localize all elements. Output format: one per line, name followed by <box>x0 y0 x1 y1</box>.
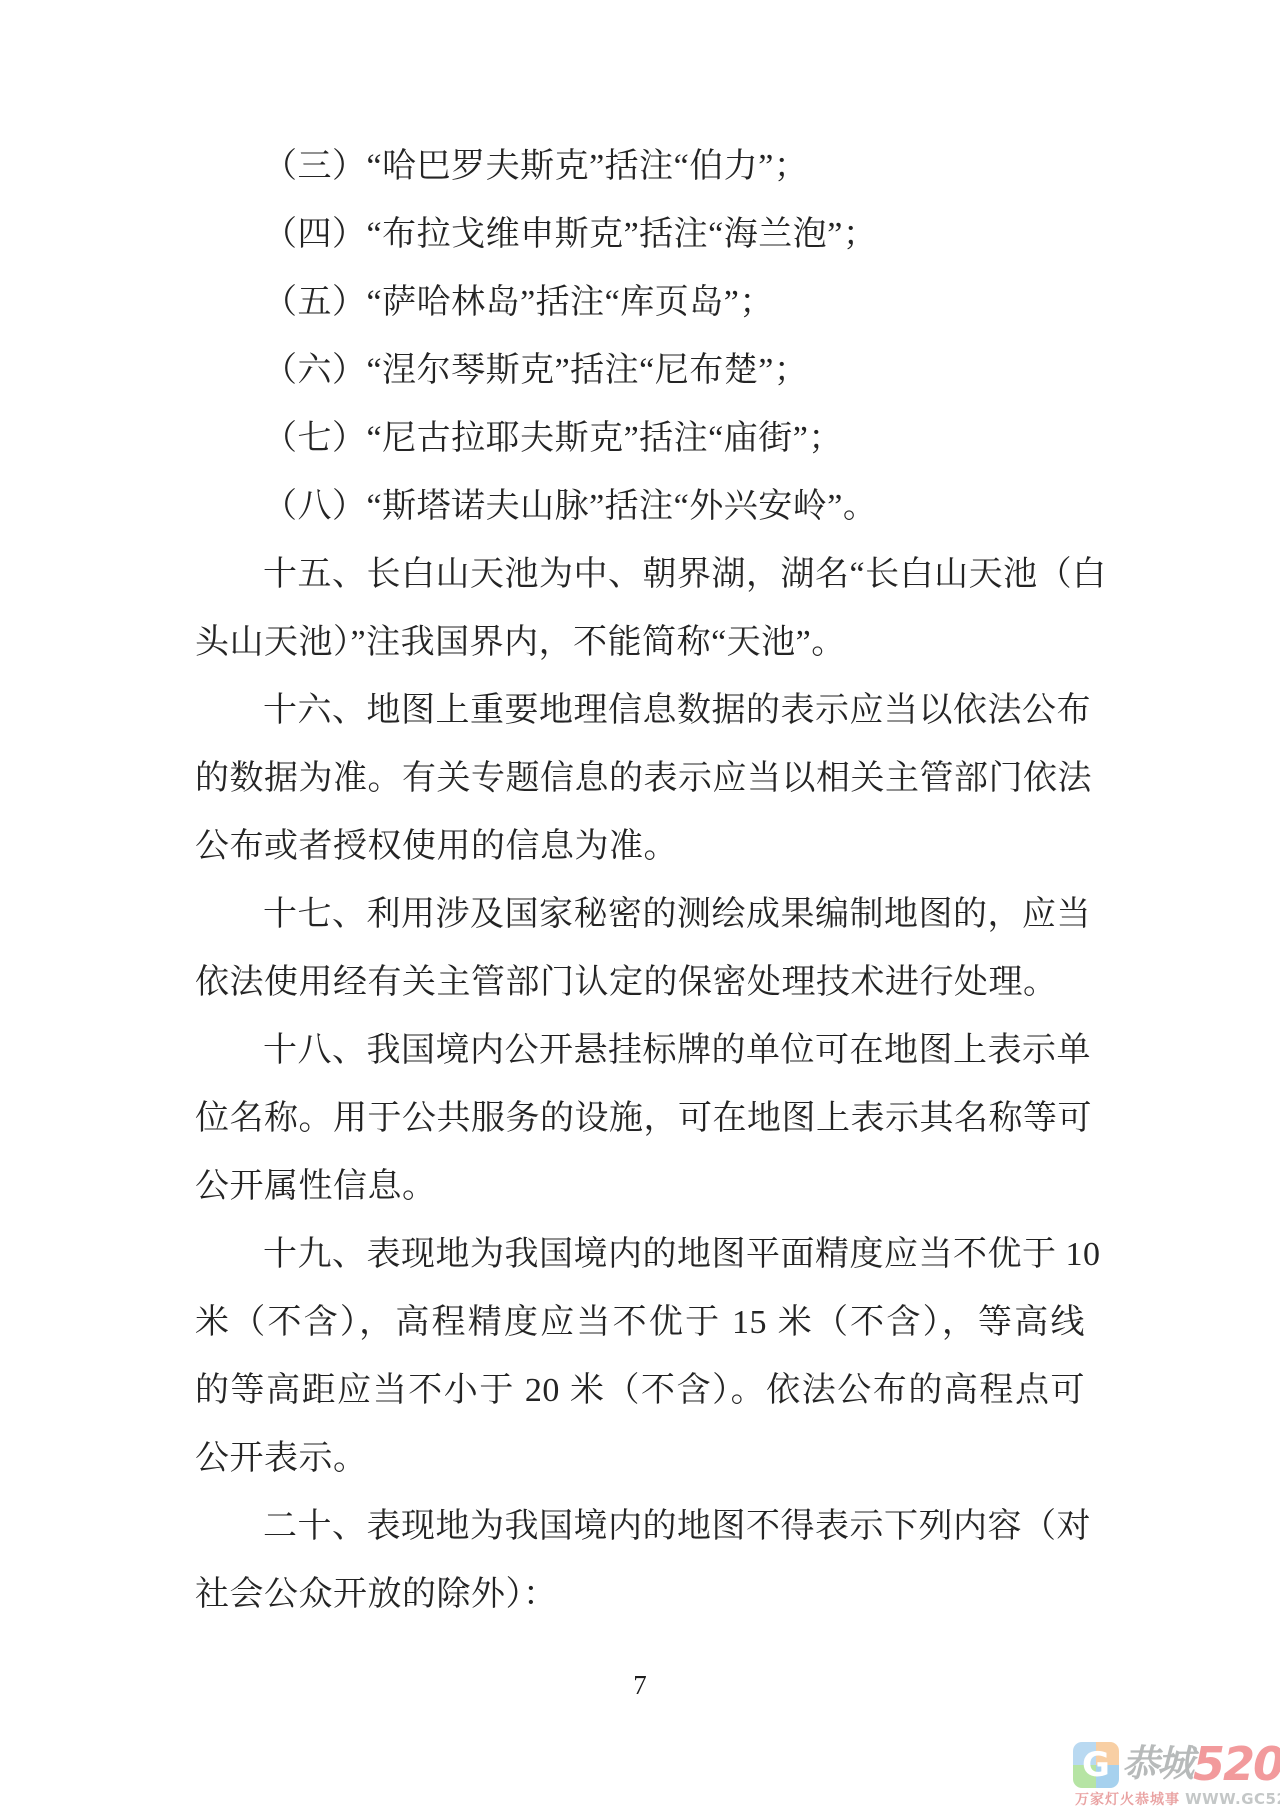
document-line: 十九、表现地为我国境内的地图平面精度应当不优于 10 <box>195 1221 1085 1289</box>
document-line: 社会公众开放的除外）： <box>195 1561 1085 1629</box>
watermark-brand-name: 恭城 <box>1122 1742 1192 1786</box>
watermark-footer-row: 万家灯火恭城事 WWW.GC520.CN <box>1075 1789 1280 1809</box>
document-line: 公开属性信息。 <box>195 1153 1085 1221</box>
document-line: 头山天池）”注我国界内，不能简称“天池”。 <box>195 609 1085 677</box>
watermark-brand-number: 520 <box>1193 1742 1280 1786</box>
page-number: 7 <box>0 1668 1280 1702</box>
document-line: 的等高距应当不小于 20 米（不含）。依法公布的高程点可 <box>195 1357 1085 1425</box>
document-body: （三）“哈巴罗夫斯克”括注“伯力”；（四）“布拉戈维申斯克”括注“海兰泡”；（五… <box>195 133 1085 1629</box>
document-line: 公开表示。 <box>195 1425 1085 1493</box>
document-line: 十六、地图上重要地理信息数据的表示应当以依法公布 <box>195 677 1085 745</box>
document-line: （五）“萨哈林岛”括注“库页岛”； <box>195 269 1085 337</box>
watermark-url: WWW.GC520.CN <box>1185 1790 1280 1808</box>
document-line: 位名称。用于公共服务的设施，可在地图上表示其名称等可 <box>195 1085 1085 1153</box>
document-line: （八）“斯塔诺夫山脉”括注“外兴安岭”。 <box>195 473 1085 541</box>
document-line: 十七、利用涉及国家秘密的测绘成果编制地图的，应当 <box>195 881 1085 949</box>
document-line: 米（不含），高程精度应当不优于 15 米（不含），等高线 <box>195 1289 1085 1357</box>
document-line: （三）“哈巴罗夫斯克”括注“伯力”； <box>195 133 1085 201</box>
document-line: （四）“布拉戈维申斯克”括注“海兰泡”； <box>195 201 1085 269</box>
logo-g-letter: G <box>1073 1742 1119 1788</box>
watermark-tagline: 万家灯火恭城事 <box>1075 1792 1180 1808</box>
document-line: （七）“尼古拉耶夫斯克”括注“庙街”； <box>195 405 1085 473</box>
gc520-logo-icon: G <box>1073 1742 1119 1788</box>
document-line: 的数据为准。有关专题信息的表示应当以相关主管部门依法 <box>195 745 1085 813</box>
document-line: 十五、长白山天池为中、朝界湖，湖名“长白山天池（白 <box>195 541 1085 609</box>
document-line: 二十、表现地为我国境内的地图不得表示下列内容（对 <box>195 1493 1085 1561</box>
document-line: 十八、我国境内公开悬挂标牌的单位可在地图上表示单 <box>195 1017 1085 1085</box>
document-line: （六）“涅尔琴斯克”括注“尼布楚”； <box>195 337 1085 405</box>
document-line: 公布或者授权使用的信息为准。 <box>195 813 1085 881</box>
document-line: 依法使用经有关主管部门认定的保密处理技术进行处理。 <box>195 949 1085 1017</box>
document-page: （三）“哈巴罗夫斯克”括注“伯力”；（四）“布拉戈维申斯克”括注“海兰泡”；（五… <box>0 0 1280 1810</box>
watermark: G 恭城 520 社 区 万家灯火恭城事 WWW.GC520.CN <box>1073 1742 1277 1806</box>
watermark-brand-row: G 恭城 520 社 区 <box>1073 1742 1280 1788</box>
